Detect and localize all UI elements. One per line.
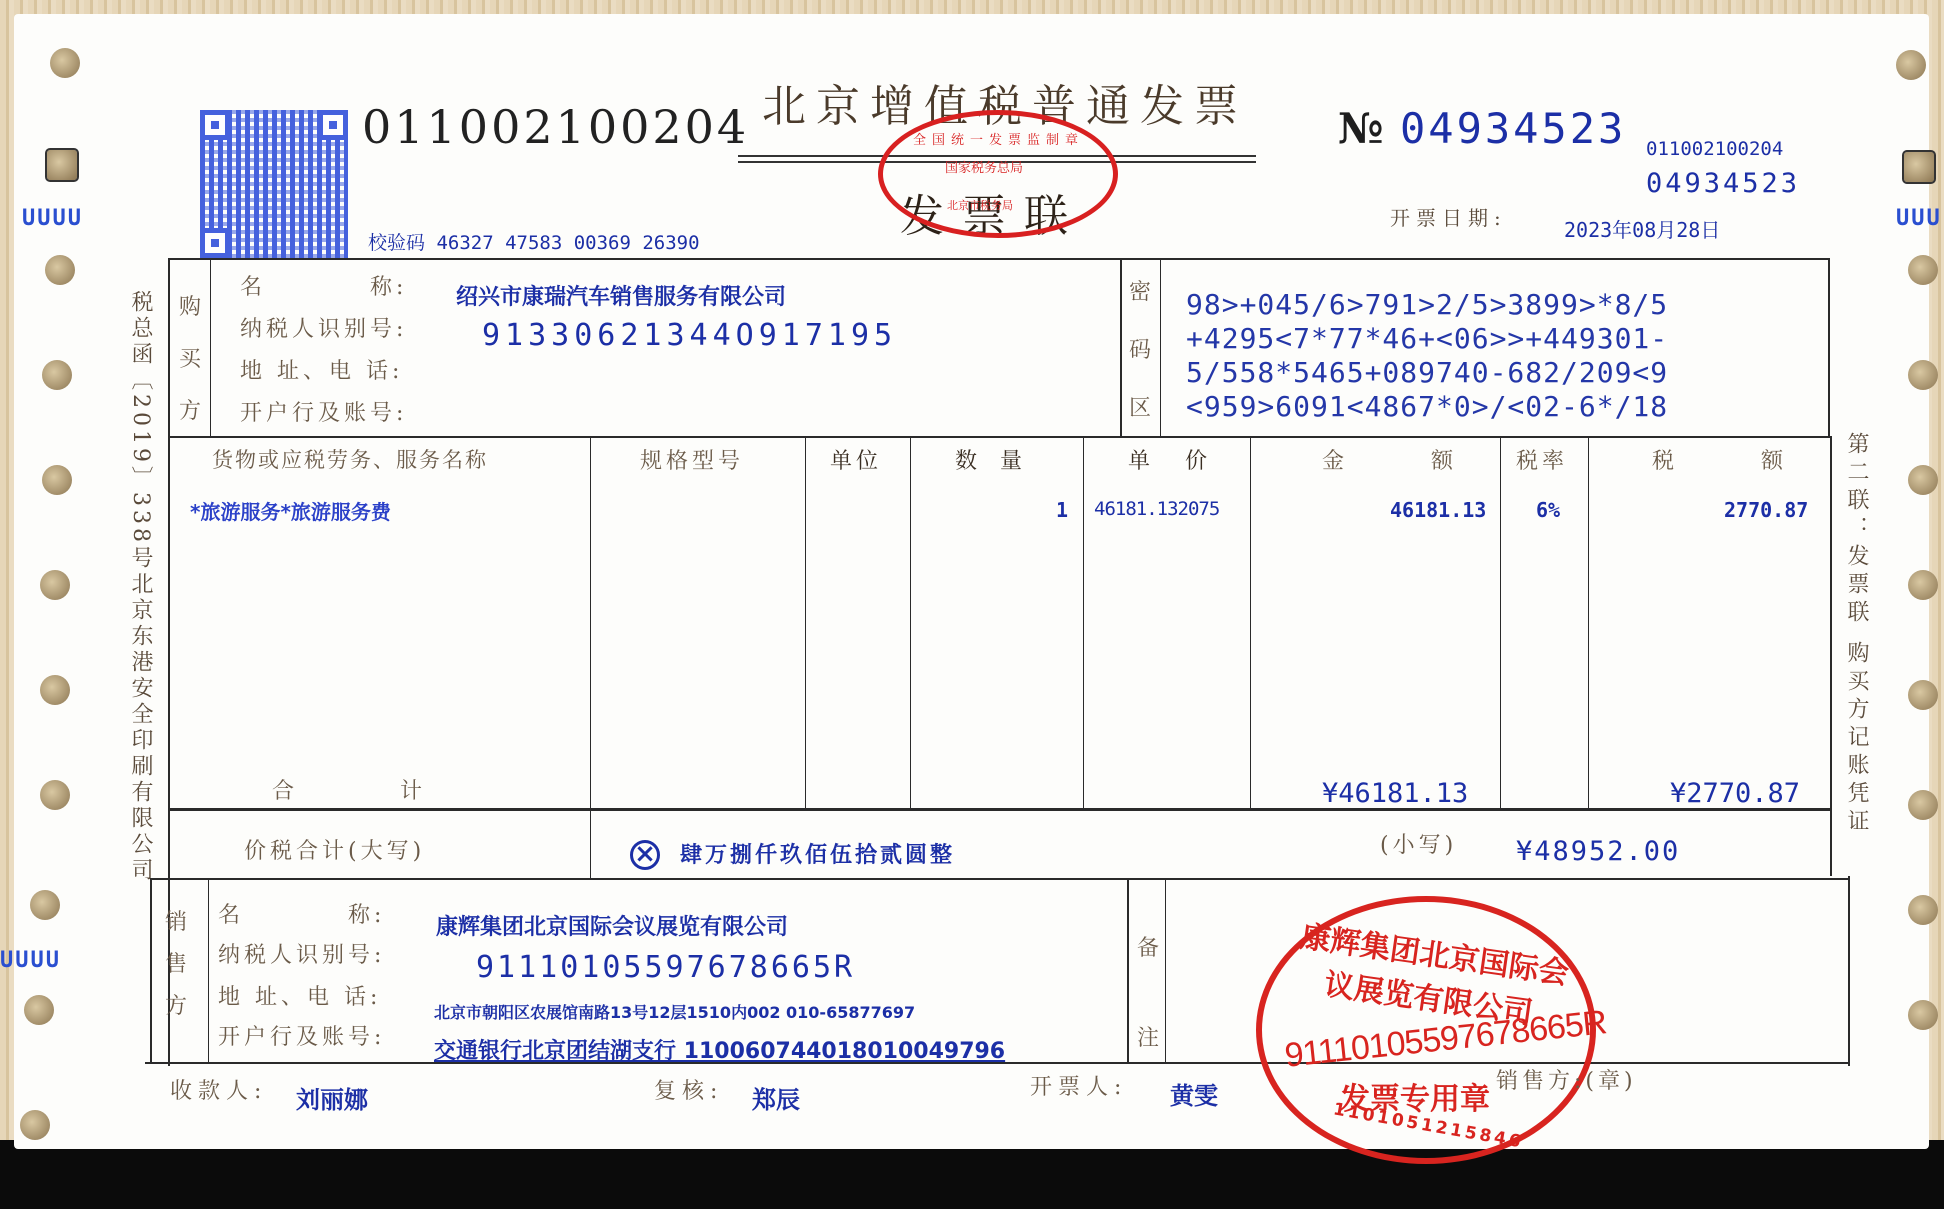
check-code-label: 校验码: [368, 232, 425, 254]
header-spec: 规格型号: [640, 444, 744, 475]
buyer-section-label: 购买方: [178, 282, 202, 438]
seller-address-label: 地 址、电 话:: [218, 980, 381, 1011]
rule: [168, 436, 1832, 438]
rule: [1500, 436, 1501, 808]
feed-mark: UUU: [1896, 206, 1942, 231]
payee-label: 收款人:: [170, 1074, 267, 1105]
seller-section-label: 销售方: [164, 902, 188, 1028]
feed-hole: [24, 995, 54, 1025]
seller-bank-account: 交通银行北京团结湖支行 110060744018010049796: [434, 1034, 1005, 1065]
feed-hole: [1908, 895, 1938, 925]
item-amount: 46181.13: [1390, 498, 1486, 522]
seller-name-label: 名 称:: [218, 898, 385, 929]
seller-bank-label: 开户行及账号:: [218, 1020, 385, 1051]
cipher-line: 98>+045/6>791>2/5>3899>*8/5: [1186, 288, 1668, 322]
rule: [210, 258, 211, 436]
cipher-line: 5/558*5465+089740-682/209<9: [1186, 356, 1668, 390]
reviewer-label: 复核:: [654, 1074, 723, 1105]
feed-hole: [1908, 570, 1938, 600]
feed-hole: [47, 150, 77, 180]
rule: [590, 436, 591, 878]
invoice-no-label: №: [1338, 104, 1384, 153]
rule: [1127, 878, 1129, 1064]
seller-tax-id-label: 纳税人识别号:: [218, 938, 385, 969]
seal-text: 全国统一发票监制章: [913, 129, 1084, 148]
check-code: 校验码 46327 47583 00369 26390: [368, 228, 700, 255]
seal-text: 国家税务总局: [945, 157, 1023, 176]
feed-hole: [40, 570, 70, 600]
cipher-line: <959>6091<4867*0>/<02-6*/18: [1186, 390, 1668, 424]
buyer-bank-label: 开户行及账号:: [240, 396, 407, 427]
feed-hole: [30, 890, 60, 920]
payee: 刘丽娜: [296, 1080, 368, 1115]
buyer-tax-id-label: 纳税人识别号:: [240, 312, 407, 343]
item-unit-price: 46181.132075: [1094, 498, 1219, 520]
feed-hole: [45, 255, 75, 285]
grand-total-label: 价税合计(大写): [244, 834, 425, 865]
buyer-name: 绍兴市康瑞汽车销售服务有限公司: [456, 280, 786, 311]
feed-hole: [40, 675, 70, 705]
drawer-label: 开票人:: [1030, 1070, 1127, 1101]
header-tax: 税 额: [1652, 444, 1823, 475]
feed-mark: UUUU: [0, 948, 61, 973]
rule: [1160, 258, 1161, 436]
seller-address-phone: 北京市朝阳区农展馆南路13号12层1510内002 010-65877697: [434, 1000, 915, 1023]
feed-hole: [20, 1110, 50, 1140]
item-quantity: 1: [1056, 498, 1068, 522]
rule: [1848, 876, 1850, 1066]
buyer-name-label: 名 称:: [240, 270, 407, 301]
header-tax-rate: 税率: [1516, 444, 1568, 475]
remarks-label: 备注: [1136, 904, 1160, 1084]
seller-name: 康辉集团北京国际会议展览有限公司: [436, 910, 788, 941]
issue-date: 2023年08月28日: [1564, 214, 1720, 243]
total-tax: ¥2770.87: [1670, 778, 1800, 809]
grand-total-figures: ¥48952.00: [1516, 836, 1680, 867]
seller-tax-id: 91110105597678665R: [476, 950, 855, 985]
rule: [1250, 436, 1251, 808]
grand-total-small-label: (小写): [1380, 828, 1457, 859]
item-name: *旅游服务*旅游服务费: [190, 496, 391, 525]
issue-date-label: 开票日期:: [1390, 202, 1507, 231]
seller-invoice-seal: 康辉集团北京国际会议展览有限公司 91110105597678665R 发票专用…: [1256, 896, 1596, 1164]
dark-floor: [0, 1140, 1944, 1209]
feed-hole: [1904, 152, 1934, 182]
circled-x-icon: ×: [630, 840, 660, 870]
feed-hole: [42, 360, 72, 390]
total-amount: ¥46181.13: [1322, 778, 1468, 809]
header-unit: 单位: [830, 444, 882, 475]
printed-invoice-code: 011002100204: [1646, 138, 1783, 160]
tax-authority-seal: 全国统一发票监制章 国家税务总局 北京市税务局: [878, 110, 1118, 238]
invoice-code: 011002100204: [362, 100, 749, 154]
total-label: 合 计: [272, 774, 432, 805]
rule: [150, 878, 1850, 880]
cipher-line: +4295<7*77*46+<06>>+449301-: [1186, 322, 1668, 356]
rule: [150, 878, 152, 1064]
rule: [910, 436, 911, 808]
seal-text: 北京市税务局: [947, 197, 1013, 213]
feed-hole: [40, 780, 70, 810]
printer-info: 税总函〔2019〕338号北京东港安全印刷有限公司: [126, 290, 156, 884]
drawer: 黄雯: [1170, 1076, 1218, 1111]
printed-invoice-no: 04934523: [1646, 168, 1800, 199]
grand-total-in-words: 肆万捌仟玖佰伍拾贰圆整: [680, 838, 955, 869]
rule: [1828, 258, 1830, 438]
feed-mark: UUUU: [22, 206, 83, 231]
feed-hole: [1908, 790, 1938, 820]
rule: [168, 258, 1828, 260]
rule: [805, 436, 806, 808]
header-item-name: 货物或应税劳务、服务名称: [212, 444, 488, 474]
seller-stamp-label: 销售方:(章): [1496, 1064, 1637, 1095]
buyer-address-label: 地 址、电 话:: [240, 354, 403, 385]
rule: [1083, 436, 1084, 808]
feed-hole: [1908, 360, 1938, 390]
rule: [168, 808, 1832, 811]
header-unit-price: 单 价: [1128, 444, 1221, 475]
cipher-area: 98>+045/6>791>2/5>3899>*8/5 +4295<7*77*4…: [1186, 288, 1668, 424]
qr-code: [200, 110, 348, 258]
buyer-tax-id: 91330621344O917195: [482, 318, 897, 353]
rule: [1588, 436, 1589, 808]
rule: [1120, 258, 1122, 436]
check-code-value: 46327 47583 00369 26390: [436, 232, 699, 254]
header-quantity: 数 量: [955, 444, 1030, 475]
item-tax-rate: 6%: [1536, 498, 1560, 522]
rule: [208, 878, 209, 1064]
item-tax: 2770.87: [1724, 498, 1808, 522]
feed-hole: [1908, 465, 1938, 495]
cipher-area-label: 密码区: [1128, 264, 1152, 438]
feed-hole: [1896, 50, 1926, 80]
reviewer: 郑辰: [752, 1080, 800, 1115]
rule: [1165, 878, 1166, 1064]
feed-hole: [1908, 680, 1938, 710]
feed-hole: [1908, 255, 1938, 285]
copy-designation: 第二联：发票联 购买方记账凭证: [1842, 432, 1872, 837]
invoice-no: 04934523: [1400, 104, 1626, 153]
feed-hole: [1908, 1000, 1938, 1030]
feed-hole: [42, 465, 72, 495]
feed-hole: [50, 48, 80, 78]
header-amount: 金 额: [1322, 444, 1493, 475]
